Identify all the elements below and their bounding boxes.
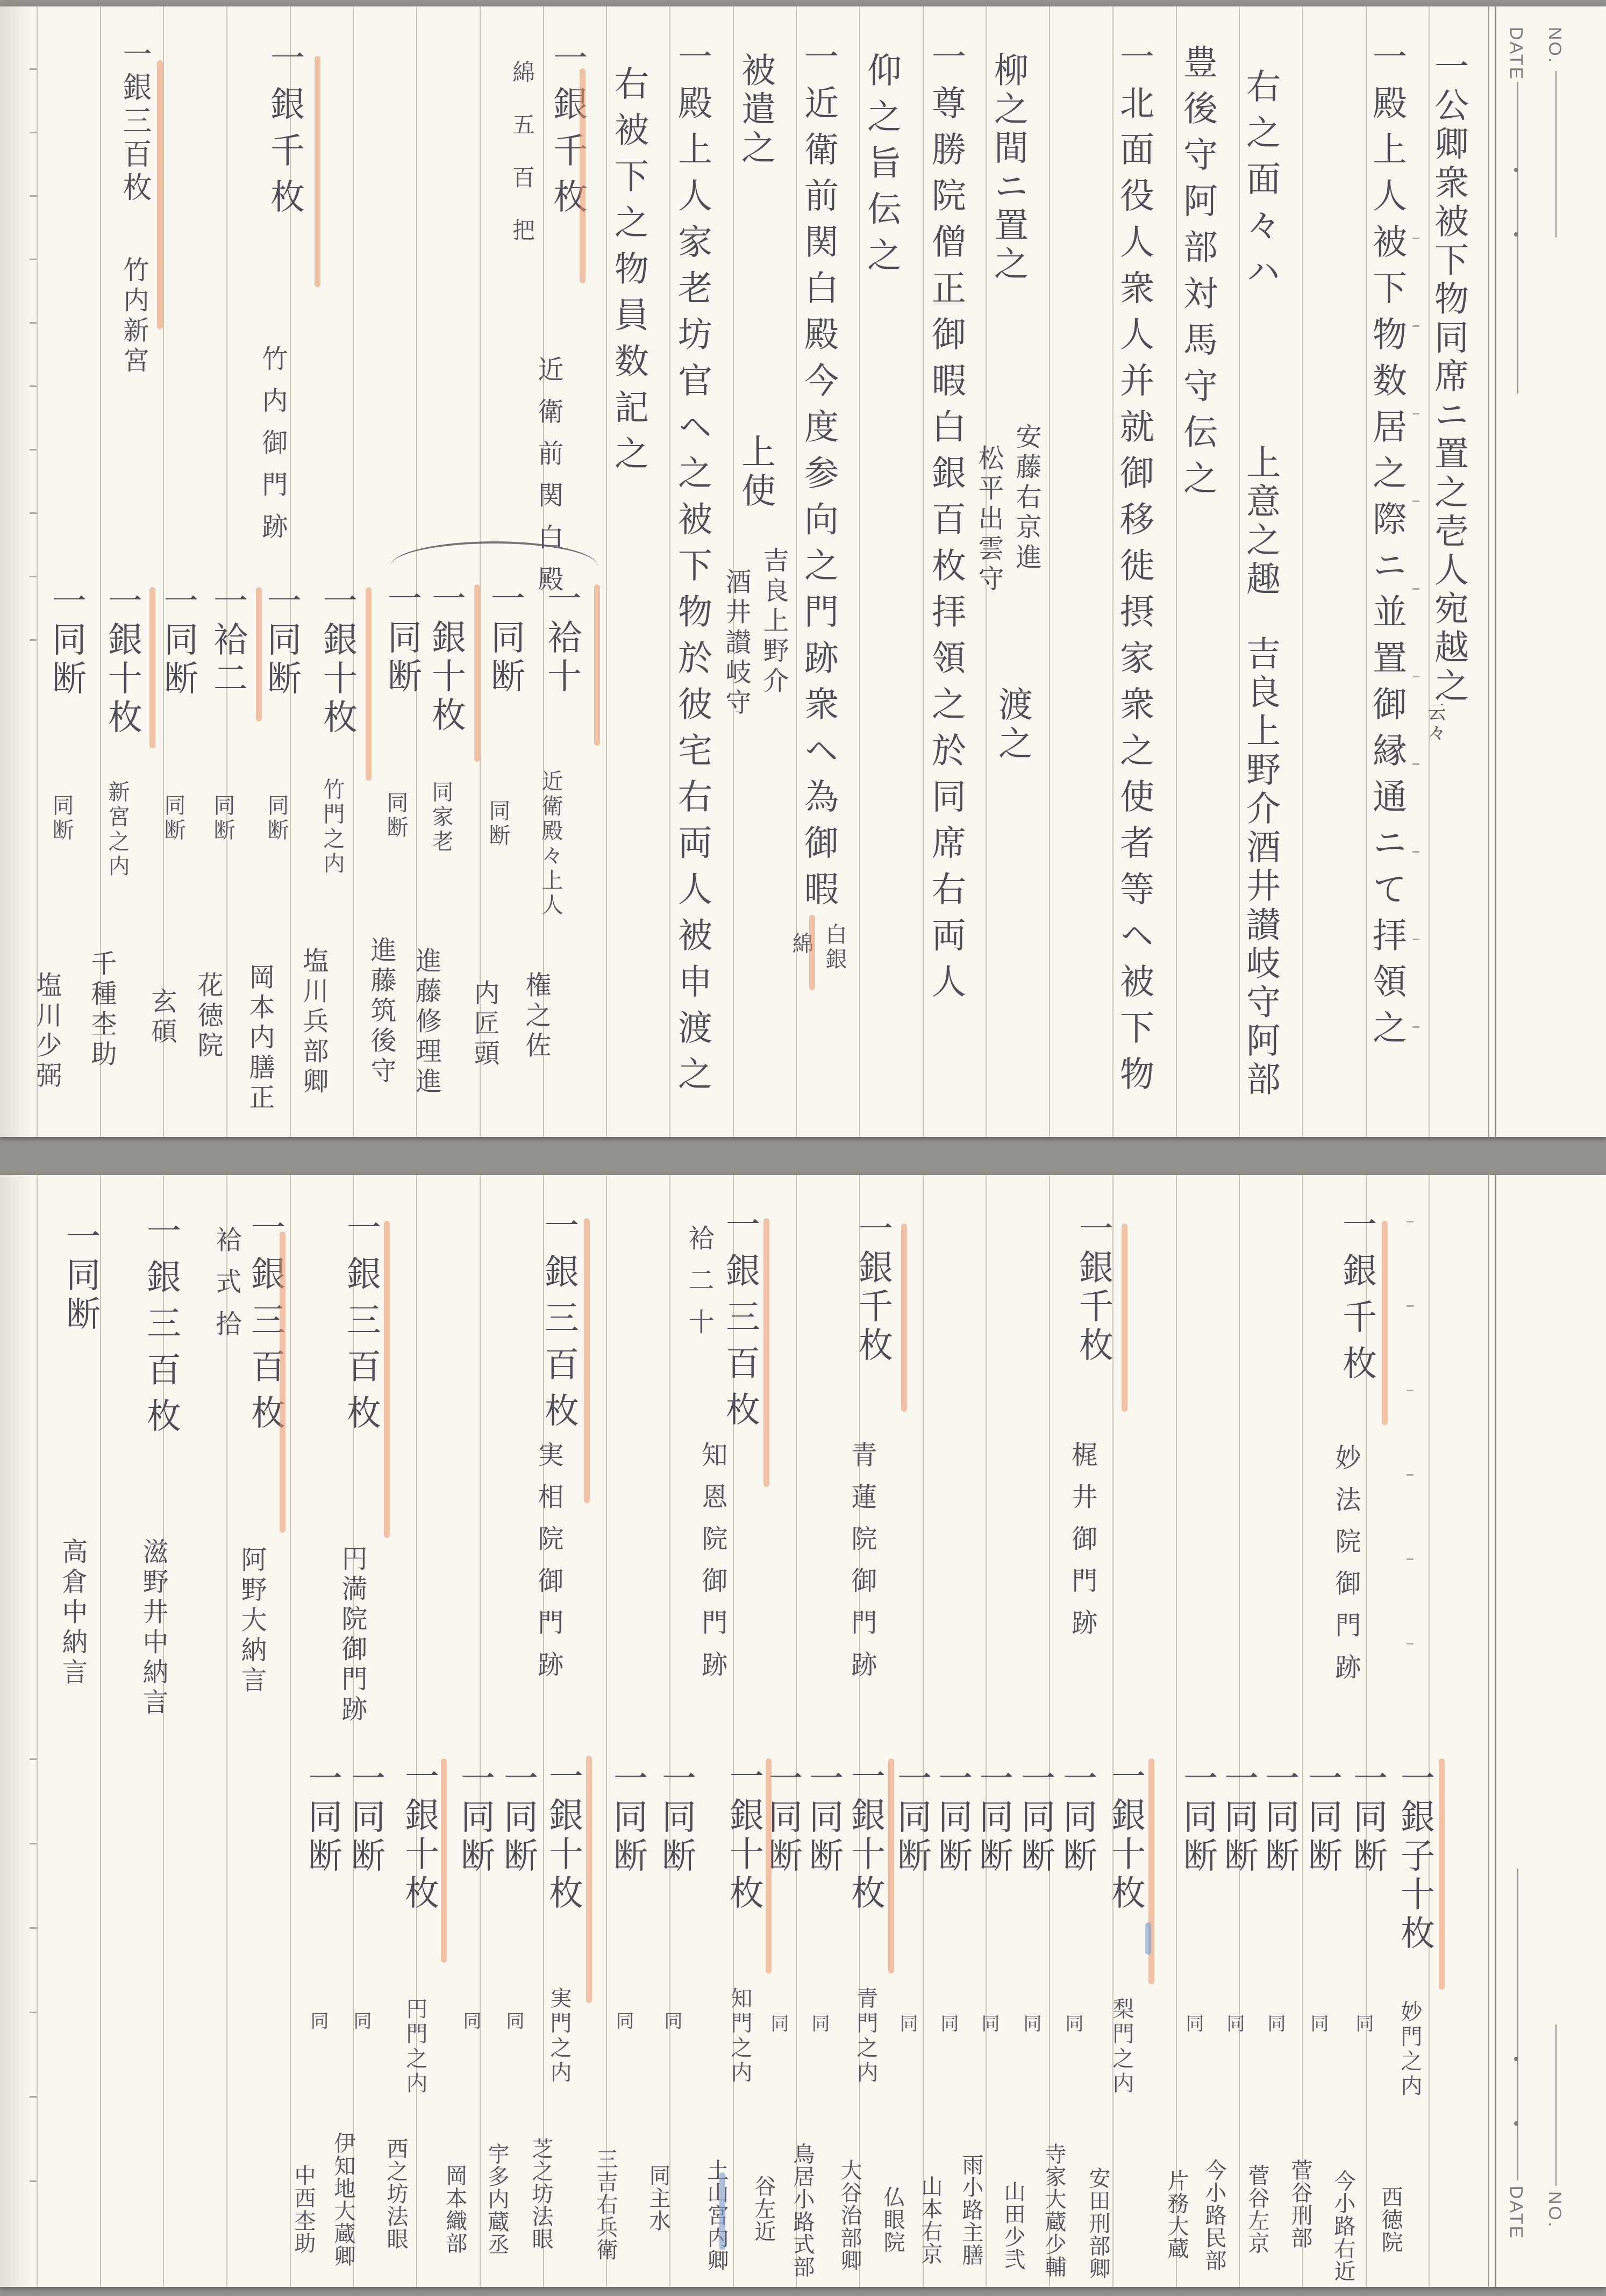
entry-8-text: 仰之旨伝之 — [865, 52, 899, 283]
sub-name: 片務大蔵 — [1166, 2170, 1187, 2260]
orange-highlight-mark — [149, 587, 155, 748]
sub-label: 実門之内 — [548, 1987, 570, 2086]
orange-highlight-mark — [280, 1232, 285, 1533]
sub-name: 塩川少弼 — [33, 971, 59, 1092]
entry-12-text: 右被下之物員数記之 — [612, 66, 646, 482]
sub-name: 芝之坊法眼 — [530, 2137, 552, 2250]
orange-highlight-mark — [809, 915, 815, 990]
date-separator-dot — [1514, 2057, 1518, 2061]
sub-value: 一同断 — [936, 1760, 970, 1876]
sub-name: 西之坊法眼 — [385, 2137, 406, 2250]
sub-value: 一同断 — [1222, 1760, 1256, 1876]
rule-tick — [30, 512, 37, 514]
orange-highlight-mark — [315, 56, 320, 287]
sub-label: 同断 — [385, 791, 406, 841]
sub-name: 菅谷左京 — [1246, 2164, 1268, 2255]
orange-highlight-mark — [888, 1758, 894, 1973]
sub-label: 同 — [504, 2011, 523, 2032]
sub-name: 今小路右近 — [1332, 2170, 1354, 2283]
entry-4-extra: 袷二十 — [686, 1225, 711, 1350]
entry-7-name: 阿野大納言 — [238, 1546, 264, 1697]
orange-highlight-mark — [1122, 1224, 1127, 1412]
rule-tick — [1412, 325, 1419, 327]
sub-label: 同断 — [212, 794, 233, 843]
entry-9-note-1: 白銀 — [824, 923, 845, 972]
rule-tick — [1412, 763, 1419, 765]
orange-highlight-mark — [584, 1218, 590, 1503]
sub-label: 竹門之内 — [322, 778, 343, 877]
orange-highlight-mark — [1382, 1221, 1388, 1425]
entry-6-name-2: 松平出雲守 — [975, 445, 1001, 595]
sub-name: 今小路民部 — [1203, 2159, 1225, 2272]
sub-value: 一同断 — [659, 1760, 694, 1876]
date-field-line — [1517, 1869, 1518, 2180]
rule-tick — [30, 576, 37, 577]
sub-name: 仏眼院 — [882, 2186, 903, 2254]
entry-11-text: 一殿上人家老坊官ヘ之被下物於彼宅右両人被申渡之 — [675, 39, 710, 1102]
rule-tick — [30, 1927, 37, 1929]
entry-7-extra: 袷式拾 — [213, 1226, 239, 1352]
entry-14-name: 竹内御門跡 — [259, 345, 285, 555]
sub-name: 権之佐 — [523, 971, 548, 1062]
sub-label: 同 — [1354, 2014, 1372, 2034]
entry-8-value: 一銀三百枚 — [144, 1213, 179, 1444]
no-label: NO. — [1544, 2191, 1565, 2228]
entry-2-value: 一銀千枚 — [1076, 1211, 1111, 1365]
entry-1-value: 一銀千枚 — [1340, 1206, 1374, 1391]
sub-name: 谷左近 — [753, 2175, 774, 2243]
sub-value: 一袷十 — [545, 581, 579, 697]
sub-label: 同 — [1022, 2014, 1040, 2034]
sub-name: 内匠頭 — [471, 979, 497, 1070]
orange-highlight-mark — [384, 1221, 390, 1538]
orange-highlight-mark — [157, 60, 163, 329]
sub-label: 同断 — [266, 794, 287, 843]
rule-tick — [30, 2096, 37, 2098]
sub-label: 同 — [810, 2014, 828, 2034]
entry-6-name: 円満院御門跡 — [339, 1545, 365, 1726]
sub-name: 鳥居小路式部 — [791, 2143, 813, 2278]
rule-tick — [1412, 1026, 1419, 1028]
sub-label: 同 — [980, 2014, 998, 2034]
sub-name: 菅谷刑部 — [1289, 2159, 1311, 2249]
sub-name: 進藤筑後守 — [368, 936, 394, 1087]
sub-value: 一同断 — [49, 583, 84, 699]
sub-label: 同 — [1266, 2014, 1284, 2034]
sub-label: 同 — [614, 2011, 632, 2032]
sub-name: 西徳院 — [1380, 2186, 1401, 2254]
sub-name: 大谷治部卿 — [839, 2159, 860, 2272]
entry-9-note-2: 綿 — [790, 932, 812, 957]
entry-6-value: 一銀三百枚 — [344, 1210, 379, 1441]
sub-value: 一銀十枚 — [1109, 1758, 1143, 1913]
rule-tick — [30, 1843, 37, 1844]
sub-value: 一同断 — [806, 1760, 841, 1876]
rule-tick — [1412, 939, 1419, 940]
rule-tick — [1412, 851, 1419, 853]
entry-9-text: 一近衛前関白殿今度参向之門跡衆ヘ為御暇 — [802, 39, 836, 917]
sub-label: 同 — [1309, 2014, 1327, 2034]
page-top: NO. DATE 一公卿衆被下物同席ニ置之壱人宛越之云々一殿上人被下物数居之際ニ… — [0, 6, 1606, 1137]
entry-10-name-1: 吉良上野介 — [760, 547, 786, 697]
entry-13-name: 近衛前関白殿 — [535, 356, 561, 607]
sub-name: 玄碩 — [148, 988, 174, 1048]
date-separator-dot — [1514, 168, 1518, 172]
no-field-line — [1555, 2025, 1557, 2186]
rule-tick — [30, 1758, 37, 1760]
sub-label: 同 — [769, 2014, 787, 2034]
orange-highlight-mark — [441, 1758, 447, 1963]
sub-name: 岡本内膳正 — [246, 963, 272, 1114]
margin-divider-line — [1488, 6, 1489, 1137]
entry-6-tail: 渡之 — [996, 686, 1030, 764]
sub-label: 梨門之内 — [1111, 1998, 1132, 2097]
sub-value: 一同断 — [458, 1760, 492, 1876]
rule-tick — [1407, 1558, 1414, 1560]
orange-highlight-mark — [1439, 1758, 1445, 1990]
margin-divider-line — [1495, 1175, 1496, 2287]
entry-15-value: 一銀三百枚 — [120, 39, 149, 205]
entry-6-text: 柳之間ニ置之 — [991, 52, 1026, 284]
date-separator-dot — [1514, 232, 1518, 237]
sub-value: 一同断 — [161, 583, 196, 699]
rule-tick — [1407, 1305, 1414, 1307]
entry-1-note: 云々 — [1426, 703, 1444, 743]
sub-value: 一同断 — [305, 1760, 340, 1876]
sub-value: 一同断 — [976, 1760, 1011, 1876]
entry-9-value: 一同断 — [63, 1218, 98, 1334]
entry-14-value: 一銀千枚 — [268, 40, 302, 225]
rule-tick — [1407, 1643, 1414, 1644]
sub-name: 塩川兵部卿 — [300, 947, 326, 1098]
entry-3-line-3: 吉良上野介酒井讃岐守阿部 — [1244, 635, 1278, 1100]
sub-value: 一同断 — [265, 583, 299, 699]
entry-2-text: 一殿上人被下物数居之際ニ並置御縁通ニて拝領之 — [1370, 39, 1404, 1056]
rule-tick — [1412, 676, 1419, 677]
sub-value: 一袷二 — [211, 583, 245, 699]
entry-3-value: 一銀千枚 — [856, 1211, 890, 1365]
orange-highlight-mark — [580, 68, 586, 283]
sub-label: 同断 — [487, 799, 509, 849]
blue-highlight-mark — [1145, 1922, 1151, 1955]
sub-name: 山田少弐 — [1002, 2180, 1024, 2271]
sub-value: 一銀十枚 — [402, 1758, 437, 1913]
rule-tick — [1407, 1390, 1414, 1391]
sub-value: 一同断 — [348, 1760, 383, 1876]
sub-name: 雨小路主膳 — [960, 2154, 982, 2266]
sub-value: 一同断 — [1351, 1760, 1385, 1876]
entry-1-text: 一公卿衆被下物同席ニ置之壱人宛越之 — [1432, 48, 1466, 706]
orange-highlight-mark — [586, 1756, 592, 2003]
sub-name: 中西杢助 — [292, 2164, 314, 2255]
sub-value: 一同断 — [1181, 1760, 1215, 1876]
sub-label: 同 — [352, 2011, 370, 2032]
entry-6-name-1: 安藤右京進 — [1013, 423, 1039, 574]
rule-tick — [30, 449, 37, 450]
sub-name: 同主水 — [647, 2164, 669, 2232]
rule-tick — [1412, 588, 1419, 590]
notebook-scan: NO. DATE 一公卿衆被下物同席ニ置之壱人宛越之云々一殿上人被下物数居之際ニ… — [0, 0, 1606, 2296]
sub-label: 同 — [309, 2011, 327, 2032]
rule-tick — [1407, 1221, 1414, 1222]
entry-5-value: 一銀三百枚 — [542, 1207, 576, 1439]
entry-8-name: 滋野井中納言 — [140, 1538, 166, 1719]
sub-value: 一銀子十枚 — [1398, 1760, 1432, 1954]
entry-4-value: 一銀三百枚 — [723, 1206, 758, 1437]
entry-3-line-1: 右之面々ハ — [1244, 68, 1278, 299]
sub-name: 山本右京 — [919, 2175, 941, 2265]
sub-label: 同断 — [51, 794, 72, 843]
orange-highlight-mark — [366, 587, 372, 781]
rule-tick — [30, 639, 37, 641]
entry-7-value: 一銀三百枚 — [248, 1210, 283, 1441]
entry-4-name: 知恩院御門跡 — [699, 1441, 725, 1693]
sub-label: 同 — [1184, 2014, 1202, 2034]
rule-tick — [30, 195, 37, 197]
entry-5-name: 実相院御門跡 — [535, 1441, 561, 1693]
page-bottom: NO. DATE 一銀千枚妙法院御門跡一銀千枚梶井御門跡一銀千枚青蓮院御門跡一銀… — [0, 1175, 1606, 2287]
orange-highlight-mark — [474, 584, 480, 762]
sub-name: 三吉右兵衛 — [595, 2148, 616, 2261]
sub-name: 伊知地大蔵卿 — [332, 2132, 354, 2268]
rule-tick — [30, 132, 37, 133]
sub-name: 岡本織部 — [444, 2164, 466, 2255]
rule-tick — [30, 259, 37, 260]
rule-tick — [1412, 413, 1419, 414]
entry-4-text: 豊後守阿部対馬守伝之 — [1181, 44, 1215, 506]
blue-highlight-mark — [719, 2172, 725, 2250]
entry-10-line-2: 上使 — [739, 434, 773, 511]
sub-label: 妙門之内 — [1399, 2000, 1421, 2099]
sub-name: 進藤修理進 — [413, 947, 439, 1098]
sub-label: 知門之内 — [729, 1987, 751, 2086]
sub-label: 同 — [939, 2014, 957, 2034]
rule-tick — [30, 2012, 37, 2013]
sub-name: 寺家大蔵少輔 — [1043, 2143, 1065, 2278]
entry-7-text: 一尊勝院僧正御暇白銀百枚拝領之於同席右両人 — [929, 39, 963, 1010]
entry-3-name: 青蓮院御門跡 — [848, 1441, 874, 1693]
date-separator-dot — [1514, 2121, 1518, 2126]
sub-label: 同 — [898, 2014, 916, 2034]
sub-value: 一同断 — [385, 581, 419, 697]
sub-value: 一銀十枚 — [320, 583, 355, 738]
sub-value: 一銀十枚 — [105, 583, 140, 738]
sub-label: 同家老 — [430, 781, 452, 855]
date-label: DATE — [1505, 2186, 1526, 2240]
sub-value: 一同断 — [501, 1760, 536, 1876]
sub-value: 一同断 — [1262, 1760, 1297, 1876]
orange-highlight-mark — [901, 1224, 907, 1412]
sub-label: 同 — [1063, 2014, 1082, 2034]
sub-value: 一同断 — [895, 1760, 929, 1876]
date-field-line — [1517, 82, 1518, 394]
sub-name: 安田刑部卿 — [1087, 2167, 1109, 2280]
sub-value: 一同断 — [488, 581, 523, 697]
sub-label: 近衛殿々上人 — [540, 770, 561, 918]
entry-13-extra: 綿五百把 — [511, 60, 533, 271]
entry-3-line-2: 上意之趣 — [1244, 445, 1278, 599]
entry-2-name: 梶井御門跡 — [1069, 1441, 1095, 1651]
margin-divider-line — [1495, 6, 1496, 1137]
rule-tick — [1412, 500, 1419, 502]
sub-value: 一銀十枚 — [429, 581, 463, 735]
orange-highlight-mark — [763, 1218, 769, 1487]
entry-15-name: 竹内新宮 — [120, 256, 146, 377]
no-label: NO. — [1544, 27, 1565, 64]
margin-divider-line — [1488, 1175, 1489, 2287]
date-label: DATE — [1505, 27, 1526, 81]
rule-tick — [30, 2180, 37, 2182]
sub-value: 一同断 — [611, 1760, 645, 1876]
sub-label: 新宮之内 — [106, 781, 128, 879]
rule-tick — [30, 385, 37, 387]
sub-name: 千種杢助 — [88, 950, 114, 1070]
sub-value: 一銀十枚 — [727, 1758, 761, 1913]
sub-label: 円門之内 — [404, 1998, 426, 2097]
sub-label: 同断 — [162, 794, 184, 843]
rule-tick — [1412, 238, 1419, 239]
sub-label: 同 — [662, 2011, 681, 2032]
entry-5-text: 一北面役人衆人并就御移徙摂家衆之使者等ヘ被下物 — [1117, 39, 1152, 1102]
orange-highlight-mark — [594, 584, 600, 746]
sub-value: 一同断 — [1305, 1760, 1340, 1876]
entry-10-name-2: 酒井讃岐守 — [723, 568, 748, 719]
entry-9-name: 高倉中納言 — [59, 1538, 85, 1689]
sub-label: 青門之内 — [855, 1987, 876, 2086]
sub-label: 同 — [1225, 2014, 1243, 2034]
sub-value: 一銀十枚 — [848, 1758, 883, 1913]
orange-highlight-mark — [256, 587, 262, 721]
entry-1-name: 妙法院御門跡 — [1332, 1444, 1358, 1696]
sub-name: 花徳院 — [195, 971, 220, 1062]
sub-name: 宇多内蔵丞 — [486, 2143, 508, 2256]
sub-label: 同 — [461, 2011, 480, 2032]
no-field-line — [1555, 71, 1557, 238]
sub-value: 一同断 — [1018, 1760, 1053, 1876]
entry-10-line-1: 被遣之 — [739, 52, 773, 168]
sub-value: 一銀十枚 — [546, 1758, 581, 1913]
rule-tick — [30, 68, 37, 70]
rule-tick — [30, 322, 37, 324]
rule-tick — [1407, 1474, 1414, 1476]
sub-value: 一同断 — [1060, 1760, 1095, 1876]
orange-highlight-mark — [766, 1758, 772, 1973]
